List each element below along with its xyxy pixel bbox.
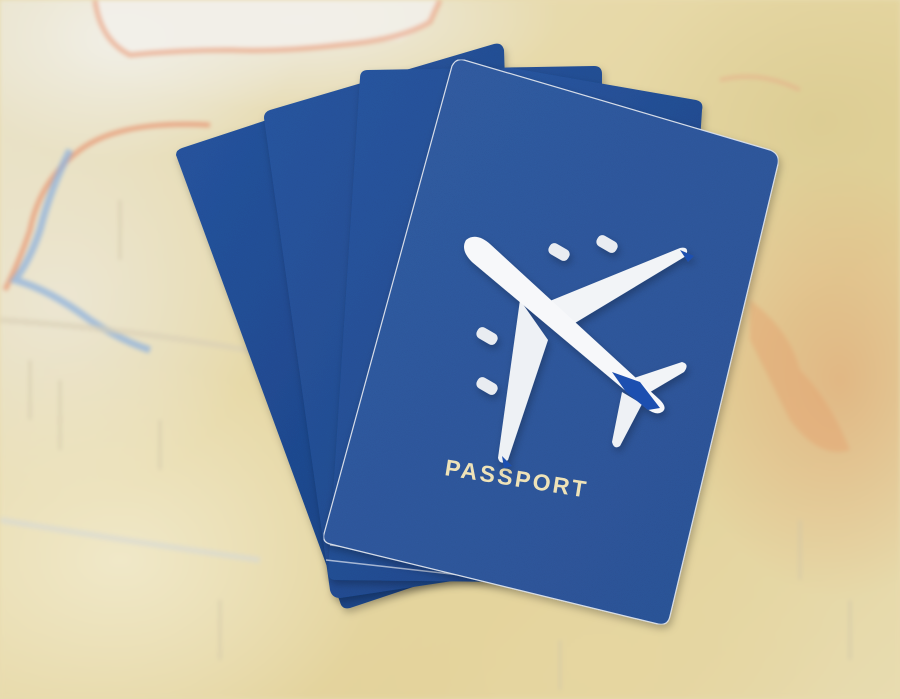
passports-and-airplane: PASSPORT (0, 0, 900, 699)
photo-scene: PASSPORT (0, 0, 900, 699)
